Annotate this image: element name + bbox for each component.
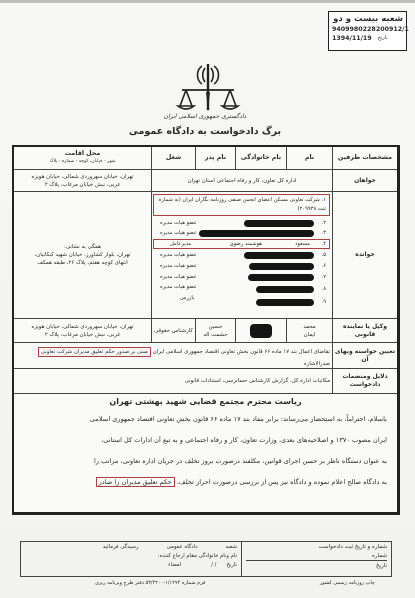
- plaintiff-address-line2: غربی، نبش خیابان مرغاب، پلاک ۲: [45, 181, 120, 189]
- col-header-parties: مشخصات طرفین: [332, 147, 397, 169]
- claim-line1: تقاضای اعمال بند ۱۷ ماده ۶۶ قانون بخش تع…: [153, 348, 330, 356]
- letter-title: ریاست محترم مجتمع قضایی شهید بهشتی تهران: [14, 397, 397, 406]
- member-num: ۲.: [322, 220, 326, 227]
- member-role: عضو هیات مدیره: [160, 220, 197, 227]
- branch-label: شعبه: [226, 544, 237, 550]
- evidence-label: دلایل ومنضمات دادخواست: [332, 369, 397, 393]
- review-label: رسیدگی فرمائید: [103, 544, 139, 550]
- registration-number-label: شماره: [246, 553, 387, 561]
- member-num: ۵.: [322, 252, 326, 259]
- member-role: بازرس: [180, 295, 194, 302]
- registration-title: شماره و تاریخ ثبت دادخواست: [246, 544, 387, 550]
- claim-label: تعیین خواسته وبهای آن: [332, 343, 397, 368]
- defendants-label: خوانده: [332, 192, 397, 318]
- representative-name: محمد ایمان: [286, 319, 332, 342]
- branch-stamp-box: شعبه بیست و دو 9409980228200912/1 1394/1…: [328, 11, 407, 51]
- signature-label: امضاء: [168, 562, 181, 568]
- referral-section: شعبه دادگاه عمومی رسیدگی فرمائید نام ونا…: [21, 542, 241, 576]
- representative-father-name-sub: حشمت اله: [203, 331, 227, 339]
- plaintiff-row: خواهان اداره کل تعاون، کار و رفاه اجتماع…: [14, 170, 397, 192]
- referral-date-label: تاریخ: [226, 562, 237, 568]
- member-role: عضو هیات مدیره: [160, 274, 197, 281]
- letter-highlight: حکم تعلیق مدیران را صادر: [96, 477, 175, 487]
- print-note: چاپ روزنامه رسمی کشور: [320, 580, 375, 586]
- defendants-address-line2: انتهای کوچه هفتم، پلاک ۲۶، طبقه همکف: [37, 259, 127, 267]
- defendant-company-line2: ثبت ۲۰۹۹۳۸): [297, 206, 326, 213]
- defendant-company-line1: ۱. شرکت تعاونی مسکن اعضای انجمن صنفی روز…: [159, 197, 326, 204]
- form-number: فرم شماره ۱/۱۲۹۴-۵۳/۲۲۰۰ دفتر طرح وبرنام…: [95, 580, 205, 586]
- letter-line1: باسلام، احتراماً، به استحضار می‌رساند: ب…: [24, 409, 387, 430]
- referrer-label: نام ونام خانوادگی مقام ارجاع کننده:: [25, 553, 237, 559]
- member-num: ۴.: [322, 241, 326, 248]
- defendants-address: همگی به نشانی: تهران، بلوار کشاورز، خیاب…: [14, 192, 151, 318]
- representative-row: وکیل یا نماینده قانونی محمد ایمان حسین ح…: [14, 319, 397, 343]
- redaction-bar: [244, 252, 314, 259]
- defendants-address-heading: همگی به نشانی:: [64, 243, 101, 251]
- member-num: ۷.: [322, 274, 326, 281]
- registration-date-label: تاریخ: [246, 563, 387, 569]
- member-role: عضو هیات مدیره: [160, 230, 197, 237]
- representative-father-name-text: حسین: [209, 323, 223, 331]
- representative-address: تهران، خیابان سهروردی شمالی، خیابان هویز…: [14, 319, 151, 342]
- letter-line2: ایران مصوب ۱۳۷۰ و اصلاحیه‌های بعدی، وزار…: [24, 430, 387, 451]
- registration-section: شماره و تاریخ ثبت دادخواست شماره تاریخ: [241, 542, 391, 576]
- redaction-bar: [256, 286, 314, 293]
- date-row: 1394/11/19 تاریخ: [332, 34, 403, 43]
- residence-label: محل اقامت: [65, 150, 100, 158]
- court-label: دادگاه عمومی: [167, 544, 198, 550]
- representative-name-sub: ایمان: [304, 331, 316, 339]
- representative-father-name: حسین حشمت اله: [195, 319, 235, 342]
- date-label: تاریخ: [378, 34, 388, 43]
- redaction-bar: [256, 299, 314, 306]
- claim-line1-wrap: تقاضای اعمال بند ۱۷ ماده ۶۶ قانون بخش تع…: [16, 347, 330, 357]
- member-role: عضو هیات مدیره: [160, 252, 197, 259]
- registration-box: شماره و تاریخ ثبت دادخواست شماره تاریخ ش…: [20, 541, 392, 577]
- evidence-row: دلایل ومنضمات دادخواست مکاتبات اداره کل،…: [14, 369, 397, 393]
- representative-surname: [235, 319, 286, 342]
- redaction-bar: [250, 324, 272, 338]
- member-num: ۹.: [322, 299, 326, 306]
- petition-form-table: مشخصات طرفین نام نام خانوادگی نام پدر شغ…: [12, 145, 400, 515]
- letter-body: باسلام، احتراماً، به استحضار می‌رساند: ب…: [24, 409, 387, 493]
- evidence-text: مکاتبات اداره کل، گزارش کارشناس حسابرسی،…: [14, 369, 332, 393]
- col-header-occupation: شغل: [151, 147, 195, 169]
- member-first-name: مسعود: [295, 241, 310, 248]
- member-role: عضو هیات مدیره: [160, 263, 197, 270]
- member-num: ۸.: [322, 286, 326, 293]
- form-title: برگ دادخواست به دادگاه عمومی: [120, 126, 290, 137]
- representative-address-line1: تهران، خیابان سهروردی شمالی، خیابان هویز…: [32, 323, 134, 331]
- member-role: عضو هیات مدیره: [160, 284, 197, 291]
- letter-line3: به عنوان دستگاه ناظر بر حسن اجرای قوانین…: [24, 451, 387, 472]
- case-number: 9409980228200912/1: [332, 25, 403, 34]
- judiciary-name: دادگستری جمهوری اسلامی ایران: [150, 113, 260, 120]
- representative-label: وکیل یا نماینده قانونی: [332, 319, 397, 342]
- case-date: 1394/11/19: [332, 34, 372, 43]
- representative-occupation: کارشناس حقوقی: [151, 319, 195, 342]
- col-header-name: نام: [286, 147, 332, 169]
- plaintiff-label: خواهان: [332, 170, 397, 191]
- branch-title: شعبه بیست و دو: [332, 14, 403, 25]
- col-header-surname: نام خانوادگی: [235, 147, 286, 169]
- col-header-residence: محل اقامت شهر - خیابان، کوچه - شماره - پ…: [14, 147, 151, 169]
- claim-line2: صدرالاشاره: [16, 360, 330, 368]
- referral-row3: تاریخ / / امضاء: [25, 562, 237, 568]
- claim-highlight: مبنی بر صدور حکم تعلیق مدیران شرکت تعاون…: [38, 347, 151, 357]
- representative-first-name: محمد: [303, 323, 315, 331]
- redaction-bar: [248, 274, 314, 281]
- table-header-row: مشخصات طرفین نام نام خانوادگی نام پدر شغ…: [14, 147, 397, 170]
- member-last-name: هوشمند رضوی: [230, 241, 262, 248]
- col-header-father-name: نام پدر: [195, 147, 235, 169]
- letter-line4: به دادگاه صالح اعلام نموده و دادگاه نیز …: [24, 472, 387, 493]
- redaction-bar: [249, 263, 314, 270]
- claim-text: تقاضای اعمال بند ۱۷ ماده ۶۶ قانون بخش تع…: [14, 343, 332, 368]
- letter-line4-text: به دادگاه صالح اعلام نموده و دادگاه نیز …: [177, 478, 387, 486]
- defendants-list: ۱. شرکت تعاونی مسکن اعضای انجمن صنفی روز…: [151, 192, 332, 318]
- scan-edge: [0, 0, 415, 3]
- member-num: ۳.: [322, 230, 326, 237]
- redaction-bar: [199, 230, 314, 237]
- plaintiff-address-line1: تهران، خیابان سهروردی شمالی، خیابان هویز…: [32, 173, 134, 181]
- plaintiff-name: اداره کل تعاون، کار و رفاه اجتماعی استان…: [151, 170, 332, 191]
- referral-date-slashes: / /: [211, 562, 216, 568]
- claim-row: تعیین خواسته وبهای آن تقاضای اعمال بند ۱…: [14, 343, 397, 369]
- plaintiff-address: تهران، خیابان سهروردی شمالی، خیابان هویز…: [14, 170, 151, 191]
- redaction-bar: [244, 220, 314, 227]
- residence-hint: شهر - خیابان، کوچه - شماره - پلاک: [50, 158, 116, 166]
- divider: [14, 393, 397, 394]
- member-num: ۶.: [322, 263, 326, 270]
- representative-address-line2: غربی، نبش خیابان مرغاب، پلاک ۲: [45, 331, 120, 339]
- member-role: مدیرعامل: [170, 241, 191, 248]
- defendants-address-line1: تهران، بلوار کشاورز، خیابان شهید کبکانیا…: [35, 251, 131, 259]
- scanned-document-page: شعبه بیست و دو 9409980228200912/1 1394/1…: [0, 0, 415, 598]
- defendants-row: خوانده ۱. شرکت تعاونی مسکن اعضای انجمن ص…: [14, 192, 397, 319]
- referral-row1: شعبه دادگاه عمومی رسیدگی فرمائید: [25, 544, 237, 550]
